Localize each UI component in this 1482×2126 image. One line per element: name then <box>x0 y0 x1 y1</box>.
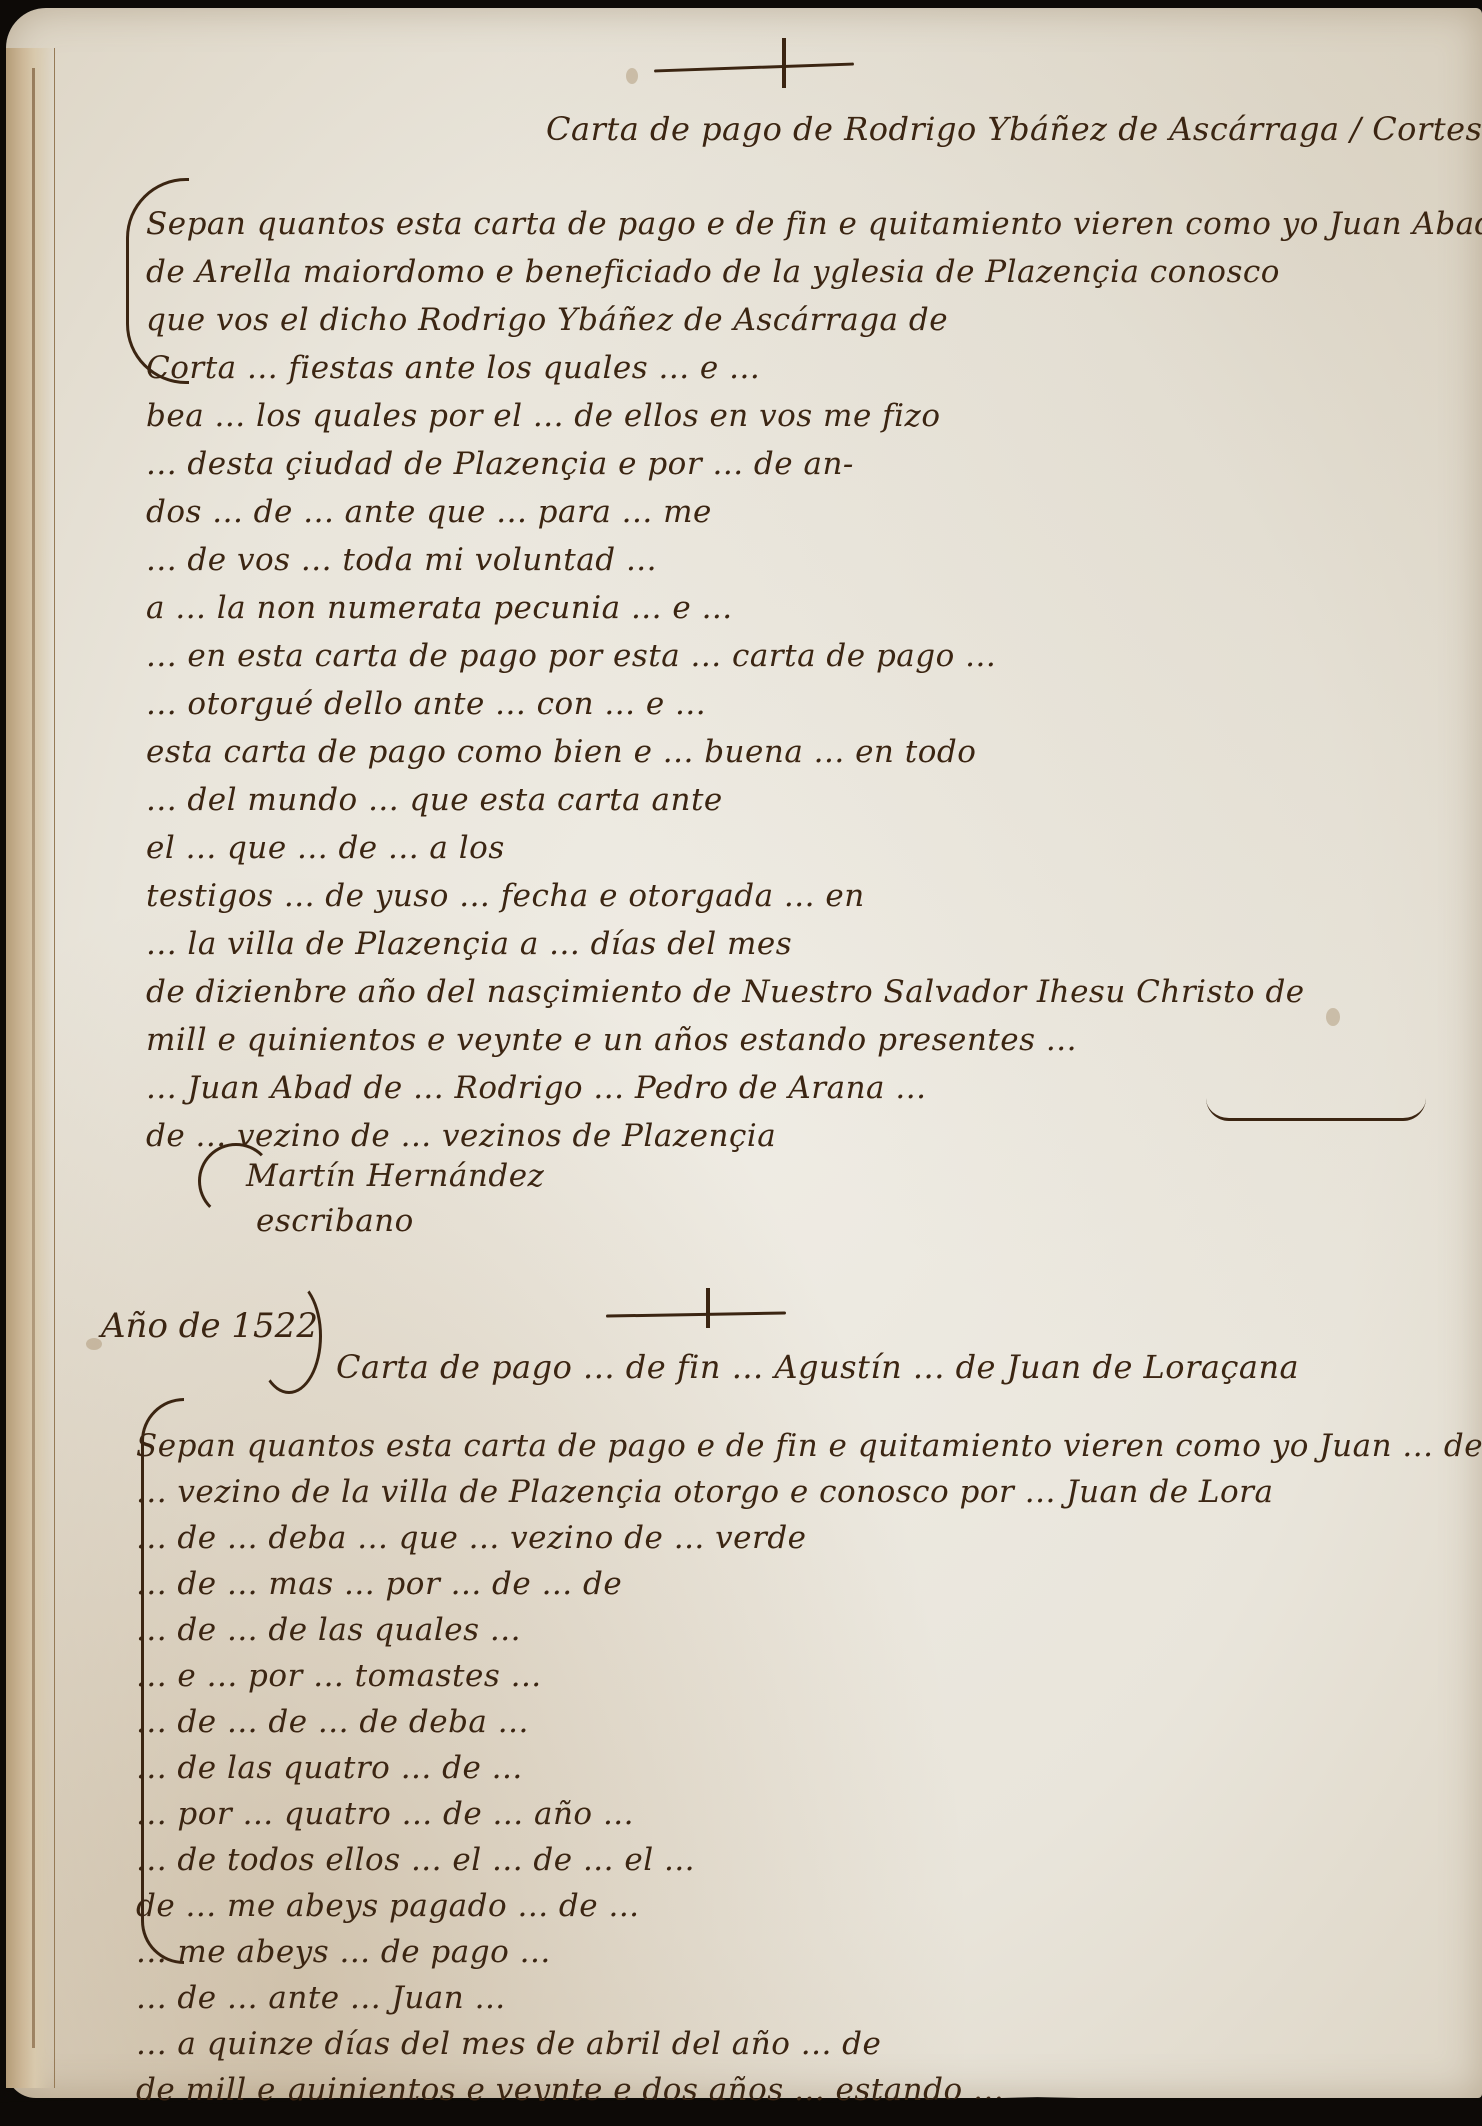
entry1-line: a ... la non numerata pecunia ... e ... <box>146 590 733 626</box>
entry1-line: que vos el dicho Rodrigo Ybáñez de Ascár… <box>146 302 948 338</box>
entry2-line: Sepan quantos esta carta de pago e de fi… <box>136 1428 1482 1464</box>
entry2-line: ... de ... ante ... Juan ... <box>136 1980 506 2016</box>
entry1-line: ... de vos ... toda mi voluntad ... <box>146 542 657 578</box>
entry1-heading: Carta de pago de Rodrigo Ybáñez de Ascár… <box>546 110 1482 148</box>
entry2-line: ... e ... por ... tomastes ... <box>136 1658 542 1694</box>
entry1-line: dos ... de ... ante que ... para ... me <box>146 494 712 530</box>
entry2-line: ... a quinze días del mes de abril del a… <box>136 2026 881 2062</box>
entry2-line: ... me abeys ... de pago ... <box>136 1934 551 1970</box>
entry1-line: testigos ... de yuso ... fecha e otorgad… <box>146 878 865 914</box>
entry2-line: ... de ... mas ... por ... de ... de <box>136 1566 622 1602</box>
foxing-stain <box>1326 1008 1340 1026</box>
binding-gutter <box>6 48 55 2088</box>
entry1-line: de dizienbre año del nasçimiento de Nues… <box>146 974 1305 1010</box>
entry1-line: ... en esta carta de pago por esta ... c… <box>146 638 996 674</box>
entry1-line: de Arella maiordomo e beneficiado de la … <box>146 254 1280 290</box>
entry1-line: ... otorgué dello ante ... con ... e ... <box>146 686 706 722</box>
entry2-line: ... por ... quatro ... de ... año ... <box>136 1796 634 1832</box>
entry1-line: esta carta de pago como bien e ... buena… <box>146 734 976 770</box>
entry1-line: ... del mundo ... que esta carta ante <box>146 782 723 818</box>
entry2-line: ... de ... de ... de deba ... <box>136 1704 529 1740</box>
foxing-stain <box>626 68 638 84</box>
entry1-line: Sepan quantos esta carta de pago e de fi… <box>146 206 1482 242</box>
entry1-line: Corta ... fiestas ante los quales ... e … <box>146 350 760 386</box>
signature-title: escribano <box>256 1203 414 1239</box>
cross-mark-stem <box>706 1288 710 1328</box>
entry1-line: ... desta çiudad de Plazençia e por ... … <box>146 446 854 482</box>
signature-name: Martín Hernández <box>246 1158 544 1194</box>
entry1-line: bea ... los quales por el ... de ellos e… <box>146 398 941 434</box>
entry1-line: el ... que ... de ... a los <box>146 830 505 866</box>
entry1-line: ... la villa de Plazençia a ... días del… <box>146 926 792 962</box>
entry1-line: mill e quinientos e veynte e un años est… <box>146 1022 1077 1058</box>
gutter-crease <box>32 68 35 2048</box>
closing-flourish <box>1206 1098 1426 1121</box>
cross-mark-stem <box>782 38 786 88</box>
entry2-line: ... de todos ellos ... el ... de ... el … <box>136 1842 695 1878</box>
entry2-line: ... vezino de la villa de Plazençia otor… <box>136 1474 1273 1510</box>
entry2-line: ... de ... de las quales ... <box>136 1612 521 1648</box>
marginal-note-flourish <box>256 1278 322 1394</box>
entry2-line: ... de ... deba ... que ... vezino de ..… <box>136 1520 807 1556</box>
cross-mark-bar <box>654 63 854 73</box>
entry2-line: ... de las quatro ... de ... <box>136 1750 523 1786</box>
cross-mark-bar <box>606 1311 786 1317</box>
entry2-line: de ... me abeys pagado ... de ... <box>136 1888 640 1924</box>
entry2-heading: Carta de pago ... de fin ... Agustín ...… <box>336 1348 1299 1386</box>
entry1-line: ... Juan Abad de ... Rodrigo ... Pedro d… <box>146 1070 926 1106</box>
foxing-stain <box>86 1338 102 1350</box>
manuscript-folio: Carta de pago de Rodrigo Ybáñez de Ascár… <box>6 8 1482 2098</box>
